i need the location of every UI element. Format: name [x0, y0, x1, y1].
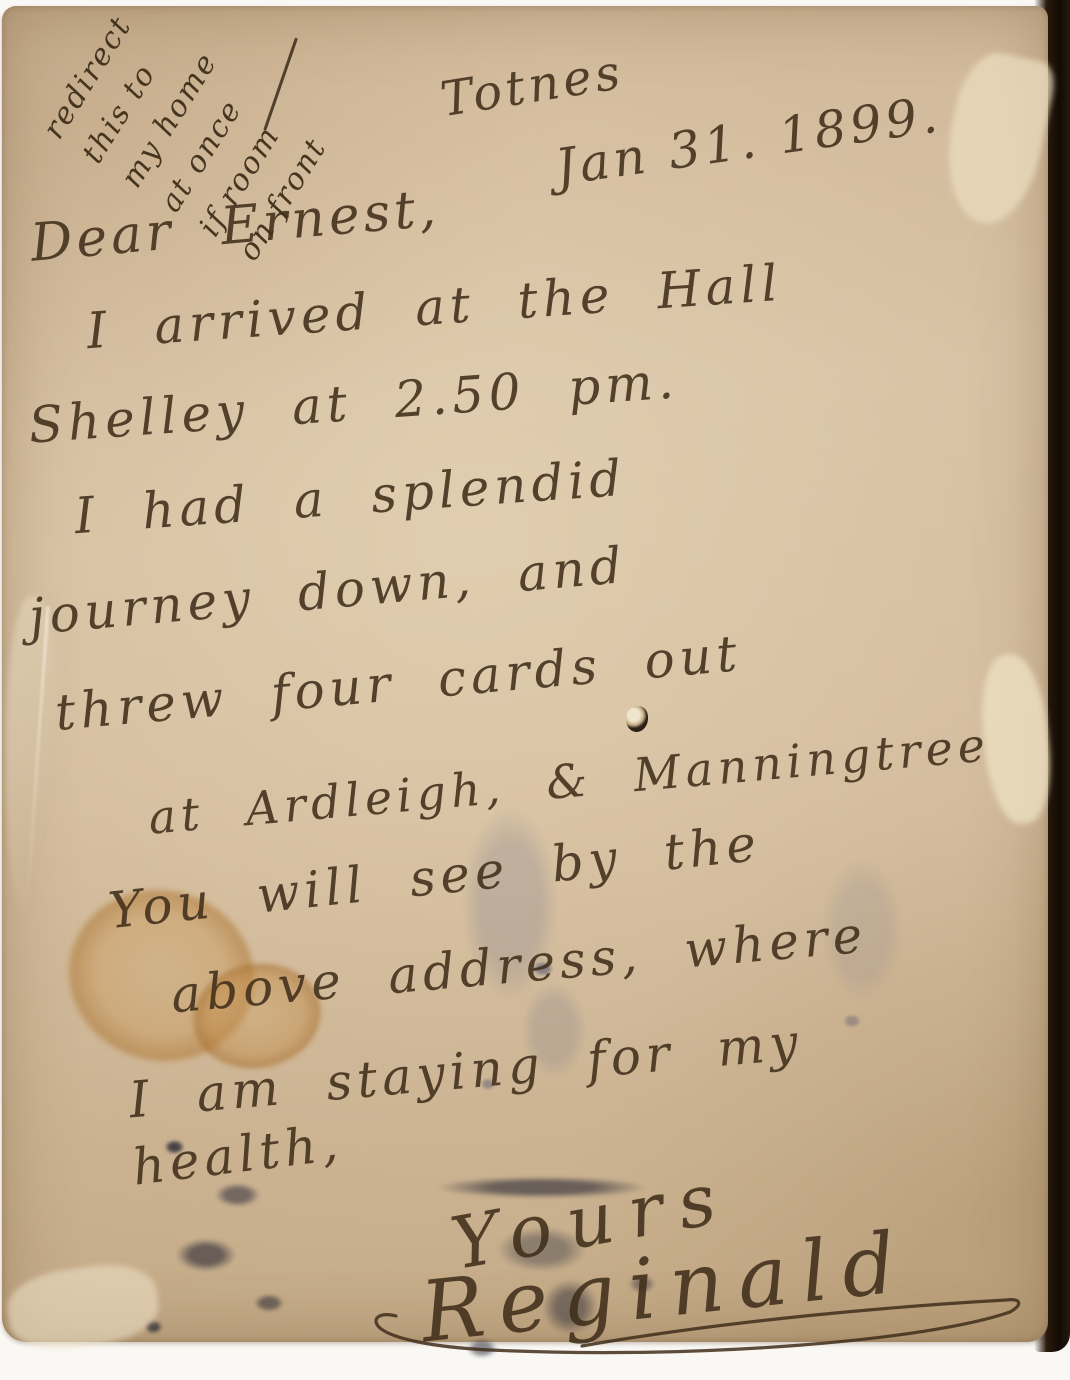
letter-body-line: Shelley at 2.50 pm.	[27, 351, 681, 454]
letter-body-line: I had a splendid	[73, 449, 628, 545]
paper-hole	[626, 706, 648, 732]
heading-date: Jan 31. 1899.	[552, 85, 945, 197]
worn-corner-top-right	[933, 46, 1058, 231]
postcard: redirect this to my home at once if room…	[2, 6, 1048, 1342]
letter-body-line: I arrived at the Hall	[85, 254, 784, 360]
letter-body-line: journey down, and	[27, 536, 629, 646]
heading-place: Totnes	[437, 44, 628, 128]
signature-flourish-icon	[370, 1294, 1030, 1374]
